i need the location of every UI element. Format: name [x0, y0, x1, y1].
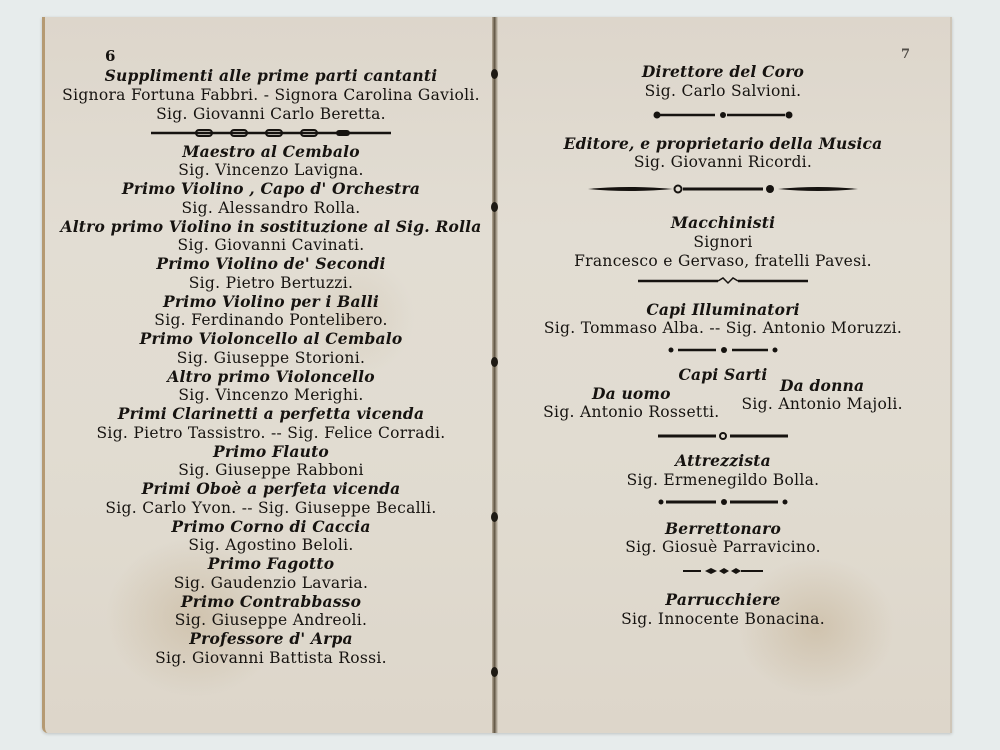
person-name: Sig. Antonio Majoli. — [741, 395, 902, 414]
tailor-men: Da uomo Sig. Antonio Rossetti. — [543, 385, 719, 423]
role-title: Altro primo Violino in sostituzione al S… — [45, 218, 497, 237]
binding-stitch — [491, 202, 498, 212]
credit-entry: Maestro al Cembalo Sig. Vincenzo Lavigna… — [45, 143, 497, 181]
chain-ornament-icon — [151, 129, 391, 137]
credit-entry: Altro primo Violino in sostituzione al S… — [45, 218, 497, 256]
person-name: Sig. Vincenzo Lavigna. — [45, 161, 497, 180]
credit-entry: Parrucchiere Sig. Innocente Bonacina. — [496, 591, 950, 629]
ornamental-divider — [496, 498, 950, 506]
credit-entry: Primo Fagotto Sig. Gaudenzio Lavaria. — [45, 555, 497, 593]
credit-entry: Primo Violino , Capo d' Orchestra Sig. A… — [45, 180, 497, 218]
role-subtitle: Da donna — [741, 377, 902, 396]
credit-entry: Altro primo Violoncello Sig. Vincenzo Me… — [45, 368, 497, 406]
credit-entry: Primo Flauto Sig. Giuseppe Rabboni — [45, 443, 497, 481]
dot-line-ornament-icon — [668, 346, 778, 354]
open-booklet: 6 Supplimenti alle prime parti cantanti … — [42, 17, 950, 735]
right-page: 7 Direttore del Coro Sig. Carlo Salvioni… — [496, 17, 952, 733]
binding-stitch — [491, 512, 498, 522]
person-name: Sig. Giosuè Parravicino. — [496, 538, 950, 557]
ornamental-divider — [45, 129, 497, 137]
tailors-columns: Da uomo Sig. Antonio Rossetti. Da donna … — [496, 385, 950, 423]
credit-entry: Professore d' Arpa Sig. Giovanni Battist… — [45, 630, 497, 668]
role-title: Primo Contrabbasso — [45, 593, 497, 612]
person-name: Sig. Giovanni Cavinati. — [45, 236, 497, 255]
tailor-women: Da donna Sig. Antonio Majoli. — [741, 385, 902, 423]
person-name: Sig. Giuseppe Andreoli. — [45, 611, 497, 630]
role-title: Primi Oboè a perfeta vicenda — [45, 480, 497, 499]
person-name: Sig. Alessandro Rolla. — [45, 199, 497, 218]
book-spine-gutter — [492, 17, 498, 733]
role-title: Maestro al Cembalo — [45, 143, 497, 162]
role-title: Primo Violino , Capo d' Orchestra — [45, 180, 497, 199]
person-name: Sig. Giovanni Carlo Beretta. — [45, 105, 497, 124]
credit-entry: Primo Violoncello al Cembalo Sig. Giusep… — [45, 330, 497, 368]
binding-stitch — [491, 667, 498, 677]
credit-entry: Primi Clarinetti a perfetta vicenda Sig.… — [45, 405, 497, 443]
person-name: Sig. Ferdinando Pontelibero. — [45, 311, 497, 330]
role-title: Primo Violoncello al Cembalo — [45, 330, 497, 349]
ornamental-divider — [496, 111, 950, 119]
person-name: Sig. Pietro Bertuzzi. — [45, 274, 497, 293]
credit-entry: Capi Sarti Da uomo Sig. Antonio Rossetti… — [496, 366, 950, 422]
dot-line-ornament-icon — [658, 432, 788, 440]
dot-line-ornament-icon — [588, 184, 858, 194]
diamond-ornament-icon — [683, 567, 763, 575]
role-title: Berrettonaro — [496, 520, 950, 539]
person-name: Sig. Tommaso Alba. -- Sig. Antonio Moruz… — [496, 319, 950, 338]
role-title: Supplimenti alle prime parti cantanti — [45, 67, 497, 86]
credit-entry: Capi Illuminatori Sig. Tommaso Alba. -- … — [496, 301, 950, 339]
ornamental-divider — [496, 432, 950, 440]
ornamental-divider — [496, 184, 950, 194]
dot-line-ornament-icon — [658, 498, 788, 506]
person-name: Sig. Vincenzo Merighi. — [45, 386, 497, 405]
person-name: Sig. Carlo Yvon. -- Sig. Giuseppe Becall… — [45, 499, 497, 518]
person-name: Sig. Ermenegildo Bolla. — [496, 471, 950, 490]
page-number: 6 — [105, 47, 115, 65]
role-title: Primo Flauto — [45, 443, 497, 462]
credit-entry: Primo Corno di Caccia Sig. Agostino Belo… — [45, 518, 497, 556]
ornamental-divider — [496, 346, 950, 354]
person-name: Sig. Giuseppe Storioni. — [45, 349, 497, 368]
role-title: Editore, e proprietario della Musica — [496, 135, 950, 154]
role-title: Macchinisti — [496, 214, 950, 233]
ornamental-divider — [496, 277, 950, 285]
role-title: Direttore del Coro — [496, 63, 950, 82]
role-title: Professore d' Arpa — [45, 630, 497, 649]
role-title: Primo Violino de' Secondi — [45, 255, 497, 274]
credit-entry: Editore, e proprietario della Musica Sig… — [496, 135, 950, 173]
person-name: Sig. Innocente Bonacina. — [496, 610, 950, 629]
role-title: Capi Illuminatori — [496, 301, 950, 320]
left-page-credits: Supplimenti alle prime parti cantanti Si… — [45, 67, 497, 668]
person-name: Sig. Giovanni Battista Rossi. — [45, 649, 497, 668]
person-name: Signori — [496, 233, 950, 252]
person-name: Francesco e Gervaso, fratelli Pavesi. — [496, 252, 950, 271]
role-title: Primo Corno di Caccia — [45, 518, 497, 537]
credit-entry: Direttore del Coro Sig. Carlo Salvioni. — [496, 63, 950, 101]
binding-stitch — [491, 357, 498, 367]
role-title: Primo Fagotto — [45, 555, 497, 574]
credit-entry: Attrezzista Sig. Ermenegildo Bolla. — [496, 452, 950, 490]
role-title: Altro primo Violoncello — [45, 368, 497, 387]
person-name: Sig. Giovanni Ricordi. — [496, 153, 950, 172]
role-title: Primi Clarinetti a perfetta vicenda — [45, 405, 497, 424]
role-title: Attrezzista — [496, 452, 950, 471]
credit-entry: Supplimenti alle prime parti cantanti Si… — [45, 67, 497, 124]
role-title: Parrucchiere — [496, 591, 950, 610]
person-name: Sig. Agostino Beloli. — [45, 536, 497, 555]
zigzag-ornament-icon — [638, 277, 808, 285]
person-name: Signora Fortuna Fabbri. - Signora Caroli… — [45, 86, 497, 105]
person-name: Sig. Antonio Rossetti. — [543, 403, 719, 422]
person-name: Sig. Gaudenzio Lavaria. — [45, 574, 497, 593]
credit-entry: Primo Violino de' Secondi Sig. Pietro Be… — [45, 255, 497, 293]
page-number: 7 — [901, 47, 910, 62]
credit-entry: Berrettonaro Sig. Giosuè Parravicino. — [496, 520, 950, 558]
credit-entry: Primo Violino per i Balli Sig. Ferdinand… — [45, 293, 497, 331]
role-subtitle: Da uomo — [543, 385, 719, 404]
credit-entry: Primo Contrabbasso Sig. Giuseppe Andreol… — [45, 593, 497, 631]
credit-entry: Macchinisti Signori Francesco e Gervaso,… — [496, 214, 950, 271]
right-page-credits: Direttore del Coro Sig. Carlo Salvioni. … — [496, 63, 950, 629]
left-page: 6 Supplimenti alle prime parti cantanti … — [42, 17, 497, 733]
person-name: Sig. Carlo Salvioni. — [496, 82, 950, 101]
dot-line-ornament-icon — [653, 111, 793, 119]
person-name: Sig. Giuseppe Rabboni — [45, 461, 497, 480]
person-name: Sig. Pietro Tassistro. -- Sig. Felice Co… — [45, 424, 497, 443]
binding-stitch — [491, 69, 498, 79]
ornamental-divider — [496, 567, 950, 575]
role-title: Primo Violino per i Balli — [45, 293, 497, 312]
credit-entry: Primi Oboè a perfeta vicenda Sig. Carlo … — [45, 480, 497, 518]
